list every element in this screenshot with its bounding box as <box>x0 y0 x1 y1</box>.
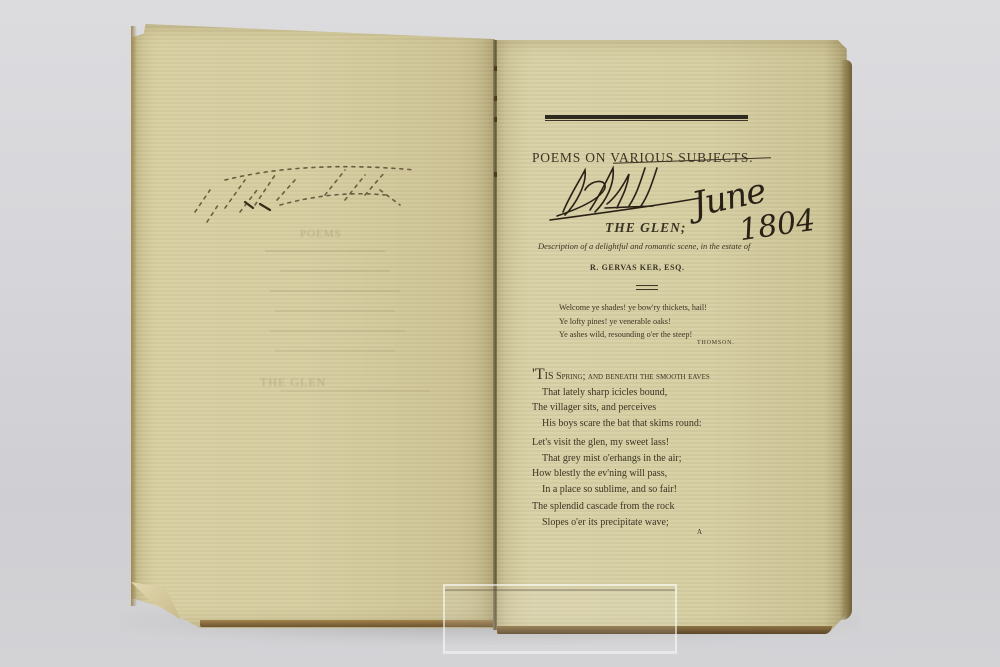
verse-line: 'TIS Spring; and beneath the smooth eave… <box>532 367 710 385</box>
stanza-3: The splendid cascade from the rock Slope… <box>532 499 674 530</box>
section-rule <box>636 285 658 290</box>
poem-title: THE GLEN; <box>605 220 686 236</box>
right-page-edge <box>840 60 852 620</box>
drop-cap: 'T <box>532 366 545 383</box>
epigraph-attribution: Thomson. <box>697 340 735 346</box>
acrylic-book-stand <box>443 584 677 654</box>
epigraph-line: Ye lofty pines! ye venerable oaks! <box>559 315 707 329</box>
epigraph-line: Welcome ye shades! ye bow'ry thickets, h… <box>559 301 707 315</box>
verse-line: The villager sits, and perceives <box>532 400 710 416</box>
stanza-2: Let's visit the glen, my sweet lass! Tha… <box>532 435 682 497</box>
verse-line: How blestly the ev'ning will pass, <box>532 466 682 482</box>
verse-line: Slopes o'er its precipitate wave; <box>532 515 674 531</box>
verse-line: The splendid cascade from the rock <box>532 499 674 515</box>
stanza-1: 'TIS Spring; and beneath the smooth eave… <box>532 367 710 431</box>
verse-line: Let's visit the glen, my sweet lass! <box>532 435 682 451</box>
epigraph-line: Ye ashes wild, resounding o'er the steep… <box>559 328 707 342</box>
epigraph: Welcome ye shades! ye bow'ry thickets, h… <box>559 301 707 342</box>
left-page-edge <box>131 26 137 606</box>
left-page <box>131 24 495 628</box>
estate-owner: R. GERVAS KER, ESQ. <box>590 263 685 272</box>
poem-description: Description of a delightful and romantic… <box>538 241 750 251</box>
signature-ghost-icon <box>185 150 425 230</box>
bleed-through-text: THE GLEN <box>260 375 326 390</box>
verse-line: His boys scare the bat that skims round: <box>532 416 710 432</box>
printer-signature-mark: A <box>697 528 702 536</box>
verse-line: That grey mist o'erhangs in the air; <box>532 451 682 467</box>
verse-line: That lately sharp icicles bound, <box>532 385 710 401</box>
header-rule <box>545 115 748 119</box>
handwritten-signature-icon <box>545 160 705 225</box>
verse-line: In a place so sublime, and so fair! <box>532 482 682 498</box>
